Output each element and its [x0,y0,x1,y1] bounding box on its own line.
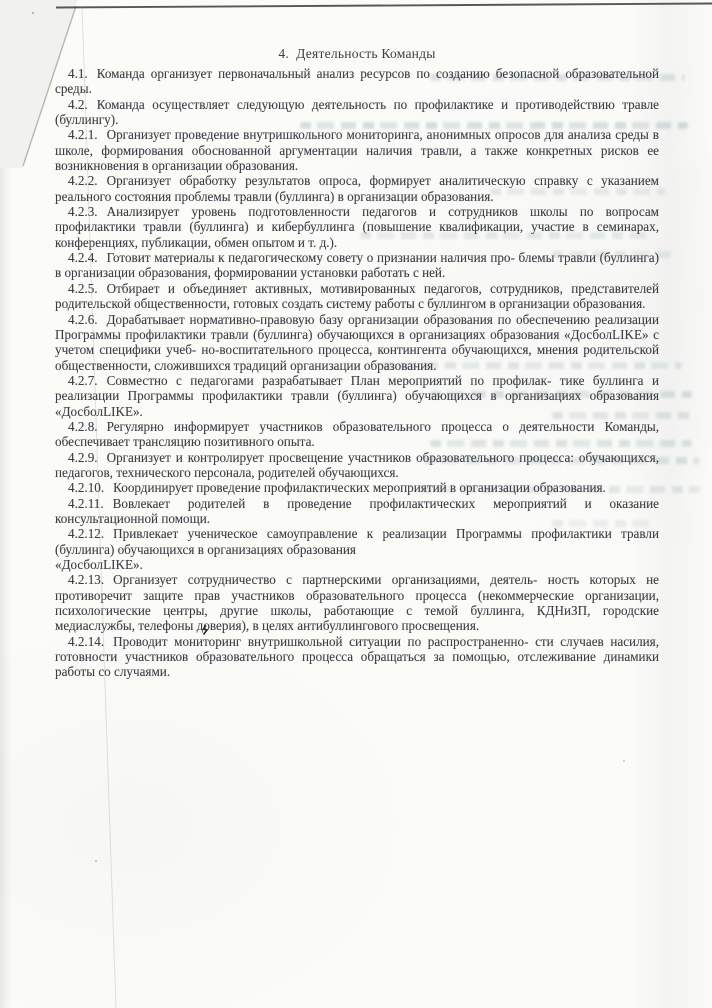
clause-text: Регулярно информирует участников образов… [55,419,659,449]
speck [623,760,625,762]
clause: 4.2.2.Организует обработку результатов о… [55,173,659,204]
clause: 4.2.11.Вовлекает родителей в проведение … [55,496,659,527]
clause: 4.2.10.Координирует проведение профилакт… [55,480,659,495]
speck [95,860,97,862]
clause-text: Готовит материалы к педагогическому сове… [55,250,659,280]
clause: 4.1.Команда организует первоначальный ан… [55,66,659,97]
clause-text: Привлекает ученическое самоуправление к … [55,526,659,556]
clause-number: 4.2.4. [68,250,107,265]
clause-number: 4.2.13. [68,572,113,587]
scan-edge-line [56,4,712,8]
clause-number: 4.2. [68,97,97,112]
clause: 4.2.7.Совместно с педагогами разрабатыва… [55,373,659,419]
clause-number: 4.2.1. [68,127,107,142]
scanned-page: { "page": { "title": "4. Деятельность Ко… [0,0,712,1008]
clause: 4.2.5.Отбирает и объединяет активных, мо… [55,281,659,312]
clauses: 4.1.Команда организует первоначальный ан… [55,66,659,680]
clause-text: Команда осуществляет следующую деятельно… [55,97,659,127]
clause: 4.2.9.Организует и контролирует просвеще… [55,450,659,481]
clause-text: Проводит мониторинг внутришкольной ситуа… [55,634,659,680]
clause-text: Организует и контролирует просвещение уч… [55,450,659,480]
clause: 4.2.8.Регулярно информирует участников о… [55,419,659,450]
clause-number: 4.2.2. [68,173,107,188]
clause-text: Совместно с педагогами разрабатывает Пла… [55,373,659,419]
clause-number: 4.2.7. [68,373,107,388]
speck [32,12,34,14]
clause: 4.2.3.Анализирует уровень подготовленнос… [55,204,659,250]
clause-text: Анализирует уровень подготовленности пед… [55,204,659,250]
clause-number: 4.2.11. [68,496,113,511]
clause: 4.2.Команда осуществляет следующую деяте… [55,97,659,128]
section-title: 4. Деятельность Команды [55,46,659,62]
clause-number: 4.2.14. [68,634,113,649]
clause-text: Дорабатывает нормативно-правовую базу ор… [55,312,659,373]
clause: 4.2.12.Привлекает ученическое самоуправл… [55,526,659,557]
clause-number: 4.2.10. [68,480,113,495]
clause-text: Организует проведение внутришкольного мо… [55,127,659,173]
clause: 4.2.4.Готовит материалы к педагогическом… [55,250,659,281]
clause-text: Команда организует первоначальный анализ… [55,66,659,96]
clause-continuation: «ДосболLIKE». [55,557,659,572]
clause: 4.2.14.Проводит мониторинг внутришкольно… [55,634,659,680]
clause-number: 4.1. [68,66,97,81]
clause: 4.2.6.Дорабатывает нормативно-правовую б… [55,312,659,373]
clause-text: Вовлекает родителей в проведение профила… [55,496,659,526]
clause-number: 4.2.8. [68,419,107,434]
clause-text: Координирует проведение профилактических… [113,480,606,495]
clause-number: 4.2.3. [68,204,107,219]
clause-number: 4.2.6. [68,312,107,327]
clause-number: 4.2.12. [68,526,113,541]
clause-text: Организует обработку результатов опроса,… [55,173,659,203]
clause-text: Организует сотрудничество с партнерскими… [55,572,659,633]
clause: 4.2.13.Организует сотрудничество с партн… [55,572,659,633]
clause-number: 4.2.9. [68,450,107,465]
clause-number: 4.2.5. [68,281,107,296]
clause-text: Отбирает и объединяет активных, мотивиро… [55,281,659,311]
clause: 4.2.1.Организует проведение внутришкольн… [55,127,659,173]
